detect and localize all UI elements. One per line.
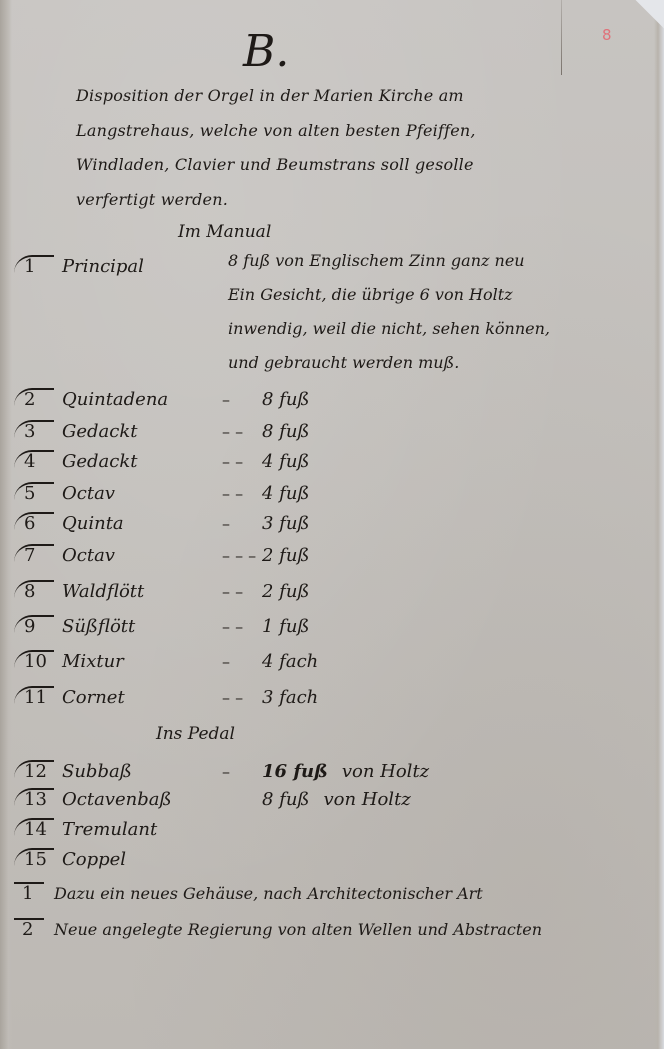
stop-number: 15	[14, 848, 54, 870]
stop-number: 2	[14, 388, 54, 410]
stop-name: Süßflött	[54, 616, 222, 637]
principal-note-line-2: Ein Gesicht, die übrige 6 von Holtz	[228, 278, 648, 312]
stop-note: von Holtz	[309, 789, 410, 810]
stop-name: Quinta	[54, 513, 222, 534]
stop-name: Gedackt	[54, 451, 222, 472]
stop-number: 7	[14, 544, 54, 566]
folio-number: 8	[602, 26, 612, 44]
heading-line-2: Langstrehaus, welche von alten besten Pf…	[76, 121, 476, 140]
stop-row: 12 Subbaß – 16 fuß von Holtz	[14, 760, 429, 786]
leader-dash: –	[222, 514, 262, 533]
leader-dash: –	[222, 390, 262, 409]
stop-number: 6	[14, 512, 54, 534]
stop-row: 7 Octav – – – 2 fuß	[14, 544, 309, 570]
page-right-edge	[654, 0, 664, 1049]
stop-size: 8 fuß	[262, 789, 309, 810]
principal-note-line-4: und gebraucht werden muß.	[228, 346, 648, 380]
stop-size: 2 fuß	[262, 581, 309, 602]
stop-name: Coppel	[54, 849, 222, 870]
section-letter: B.	[243, 30, 289, 74]
stop-name: Gedackt	[54, 421, 222, 442]
stop-name: Mixtur	[54, 651, 222, 672]
stop-number: 12	[14, 760, 54, 782]
stop-note: von Holtz	[328, 761, 429, 782]
leader-dash: – – –	[222, 546, 262, 565]
leader-dash: – –	[222, 422, 262, 441]
stop-number: 11	[14, 686, 54, 708]
stop-size: 16 fuß	[262, 761, 328, 782]
footnote-text: Dazu ein neues Gehäuse, nach Architecton…	[44, 884, 483, 903]
heading-line-1: Disposition der Orgel in der Marien Kirc…	[76, 86, 464, 105]
stop-size: 3 fuß	[262, 513, 309, 534]
stop-name: Octav	[54, 483, 222, 504]
leader-dash: –	[222, 762, 262, 781]
stop-row: 15 Coppel	[14, 848, 222, 874]
stop-row: 13 Octavenbaß 8 fuß von Holtz	[14, 788, 411, 814]
stop-number: 10	[14, 650, 54, 672]
stop-name: Tremulant	[54, 819, 222, 840]
stop-size: 4 fach	[262, 651, 318, 672]
stop-number: 3	[14, 420, 54, 442]
stop-name: Subbaß	[54, 761, 222, 782]
stop-size: 1 fuß	[262, 616, 309, 637]
pedal-section-title: Ins Pedal	[156, 724, 235, 744]
stop-row: 10 Mixtur – 4 fach	[14, 650, 318, 676]
stop-row: 11 Cornet – – 3 fach	[14, 686, 318, 712]
stop-size: 4 fuß	[262, 483, 309, 504]
margin-pencil-mark	[561, 0, 562, 75]
page-binding-edge	[0, 0, 12, 1049]
stop-name: Octavenbaß	[54, 789, 222, 810]
principal-note-line-1: 8 fuß von Englischem Zinn ganz neu	[228, 244, 648, 278]
heading-line-3: Windladen, Clavier und Beumstrans soll g…	[76, 155, 474, 174]
stop-row: 2 Quintadena – 8 fuß	[14, 388, 309, 414]
leader-dash: – –	[222, 617, 262, 636]
manuscript-page: 8 B. Disposition der Orgel in der Marien…	[0, 0, 664, 1049]
stop-row: 5 Octav – – 4 fuß	[14, 482, 309, 508]
stop-size: 4 fuß	[262, 451, 309, 472]
stop-name: Octav	[54, 545, 222, 566]
page-torn-corner	[624, 0, 664, 40]
stop-number: 14	[14, 818, 54, 840]
manual-section-title: Im Manual	[178, 222, 271, 242]
leader-dash: –	[222, 652, 262, 671]
heading-line-4: verfertigt werden.	[76, 190, 228, 209]
footnote-text: Neue angelegte Regierung von alten Welle…	[44, 920, 542, 939]
footnote-row: 1 Dazu ein neues Gehäuse, nach Architect…	[14, 882, 483, 904]
leader-dash: – –	[222, 582, 262, 601]
stop-number: 4	[14, 450, 54, 472]
stop-number: 1	[14, 255, 54, 277]
stop-number: 5	[14, 482, 54, 504]
stop-size: 8 fuß	[262, 421, 309, 442]
principal-note-line-3: inwendig, weil die nicht, sehen können,	[228, 312, 648, 346]
footnote-number: 1	[14, 882, 44, 904]
stop-name: Quintadena	[54, 389, 222, 410]
stop-row: 8 Waldflött – – 2 fuß	[14, 580, 309, 606]
leader-dash: – –	[222, 688, 262, 707]
stop-name: Cornet	[54, 687, 222, 708]
stop-row: 6 Quinta – 3 fuß	[14, 512, 309, 538]
stop-number: 9	[14, 615, 54, 637]
stop-number: 8	[14, 580, 54, 602]
stop-size: 3 fach	[262, 687, 318, 708]
stop-size: 8 fuß	[262, 389, 309, 410]
footnote-row: 2 Neue angelegte Regierung von alten Wel…	[14, 918, 542, 940]
footnote-number: 2	[14, 918, 44, 940]
principal-description: 8 fuß von Englischem Zinn ganz neu Ein G…	[228, 244, 648, 380]
stop-row: 14 Tremulant	[14, 818, 222, 844]
leader-dash: – –	[222, 452, 262, 471]
stop-number: 13	[14, 788, 54, 810]
stop-name: Principal	[54, 256, 222, 277]
stop-name: Waldflött	[54, 581, 222, 602]
leader-dash: – –	[222, 484, 262, 503]
stop-row: 3 Gedackt – – 8 fuß	[14, 420, 309, 446]
stop-size: 2 fuß	[262, 545, 309, 566]
stop-row: 1 Principal	[14, 255, 222, 281]
stop-row: 4 Gedackt – – 4 fuß	[14, 450, 309, 476]
stop-row: 9 Süßflött – – 1 fuß	[14, 615, 309, 641]
